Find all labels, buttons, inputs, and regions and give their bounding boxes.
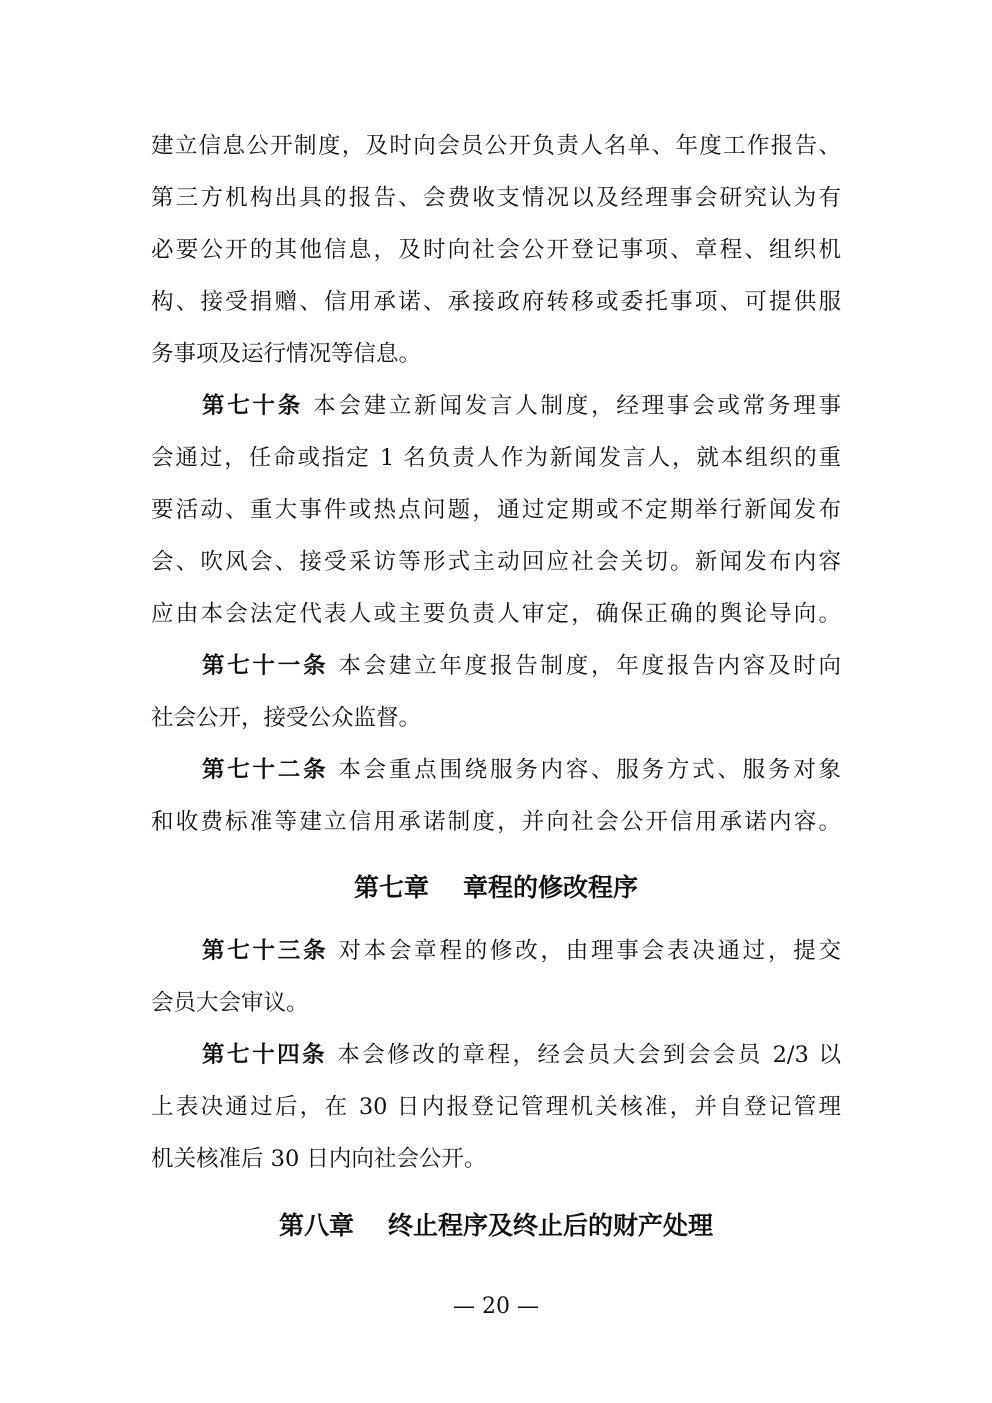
chapter-title: 章程的修改程序 (463, 873, 638, 902)
article-label: 第七十三条 (202, 938, 328, 964)
body-line: 应由本会法定代表人或主要负责人审定，确保正确的舆论导向。 (151, 599, 841, 629)
chapter-number: 第八章 (279, 1211, 354, 1240)
article-text: 本会重点围绕服务内容、服务方式、服务对象 (338, 757, 841, 783)
article-text: 本会修改的章程，经会员大会到会会员 2/3 以 (337, 1042, 841, 1068)
chapter-title: 终止程序及终止后的财产处理 (388, 1211, 713, 1240)
article-label: 第七十一条 (202, 653, 328, 679)
body-line: 会员大会审议。 (151, 988, 841, 1018)
article-text: 本会建立新闻发言人制度，经理事会或常务理事 (313, 393, 841, 419)
body-line: 社会公开，接受公众监督。 (151, 703, 841, 733)
page-number: — 20 — (0, 1294, 992, 1320)
article-text: 本会建立年度报告制度，年度报告内容及时向 (338, 653, 841, 679)
article-74-line: 第七十四条本会修改的章程，经会员大会到会会员 2/3 以 (202, 1040, 841, 1070)
chapter-7-heading: 第七章章程的修改程序 (0, 872, 992, 904)
body-line: 会、吹风会、接受采访等形式主动回应社会关切。新闻发布内容 (151, 547, 841, 577)
article-label: 第七十四条 (202, 1042, 327, 1068)
body-line: 要活动、重大事件或热点问题，通过定期或不定期举行新闻发布 (151, 495, 841, 525)
body-line: 建立信息公开制度，及时向会员公开负责人名单、年度工作报告、 (151, 131, 841, 161)
body-line: 务事项及运行情况等信息。 (151, 339, 841, 369)
article-71-line: 第七十一条本会建立年度报告制度，年度报告内容及时向 (202, 651, 841, 681)
body-line: 机关核准后 30 日内向社会公开。 (151, 1144, 841, 1174)
body-line: 会通过，任命或指定 1 名负责人作为新闻发言人，就本组织的重 (151, 443, 841, 473)
article-72-line: 第七十二条本会重点围绕服务内容、服务方式、服务对象 (202, 755, 841, 785)
chapter-8-heading: 第八章终止程序及终止后的财产处理 (0, 1210, 992, 1242)
chapter-number: 第七章 (354, 873, 429, 902)
body-line: 必要公开的其他信息，及时向社会公开登记事项、章程、组织机 (151, 235, 841, 265)
article-label: 第七十二条 (202, 757, 328, 783)
body-line: 上表决通过后，在 30 日内报登记管理机关核准，并自登记管理 (151, 1092, 841, 1122)
article-70-line: 第七十条本会建立新闻发言人制度，经理事会或常务理事 (202, 391, 841, 421)
body-line: 第三方机构出具的报告、会费收支情况以及经理事会研究认为有 (151, 183, 841, 213)
body-line: 和收费标准等建立信用承诺制度，并向社会公开信用承诺内容。 (151, 807, 841, 837)
article-73-line: 第七十三条对本会章程的修改，由理事会表决通过，提交 (202, 936, 841, 966)
body-line: 构、接受捐赠、信用承诺、承接政府转移或委托事项、可提供服 (151, 287, 841, 317)
article-label: 第七十条 (202, 393, 303, 419)
article-text: 对本会章程的修改，由理事会表决通过，提交 (338, 938, 841, 964)
